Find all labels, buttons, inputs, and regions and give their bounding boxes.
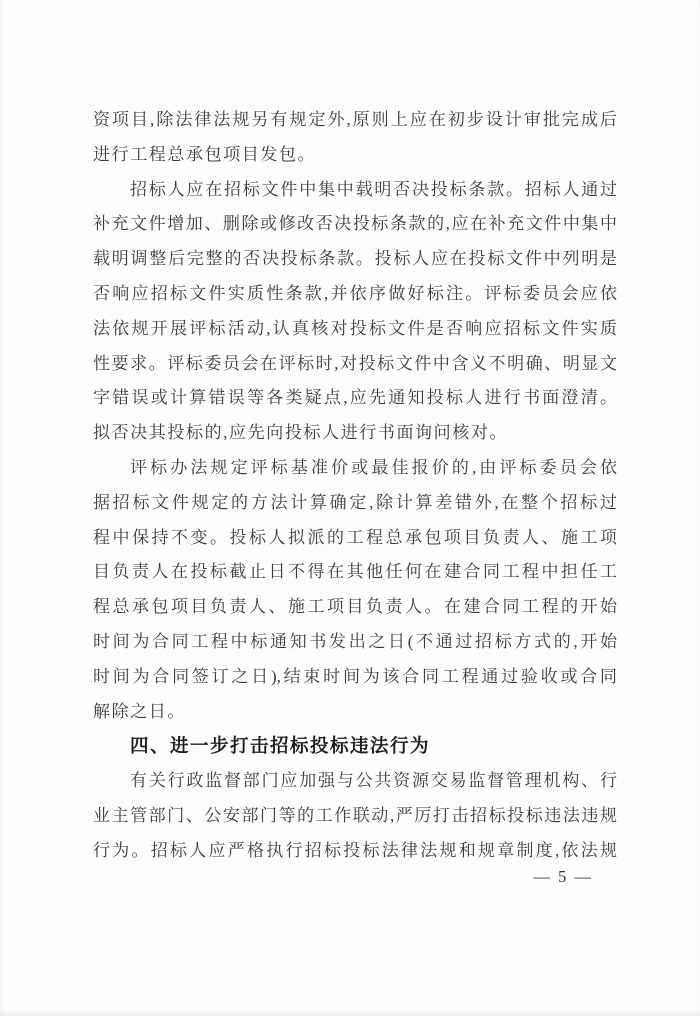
document-line: 法依规开展评标活动,认真核对投标文件是否响应招标文件实质: [93, 312, 617, 347]
document-body: 资项目,除法律法规另有规定外,原则上应在初步设计审批完成后 进行工程总承包项目发…: [93, 103, 617, 869]
document-line: 解除之日。: [93, 695, 617, 730]
document-line: 评标办法规定评标基准价或最佳报价的,由评标委员会依: [93, 451, 617, 486]
paragraph-evaluation-benchmark: 评标办法规定评标基准价或最佳报价的,由评标委员会依 据招标文件规定的方法计算确定…: [93, 451, 617, 729]
document-line: 补充文件增加、删除或修改否决投标条款的,应在补充文件中集中: [93, 207, 617, 242]
page-number: — 5 —: [0, 866, 593, 888]
document-line: 字错误或计算错误等各类疑点,应先通知投标人进行书面澄清。: [93, 381, 617, 416]
document-line: 拟否决其投标的,应先向投标人进行书面询问核对。: [93, 416, 617, 451]
paragraph-project-contracting: 资项目,除法律法规另有规定外,原则上应在初步设计审批完成后 进行工程总承包项目发…: [93, 103, 617, 173]
document-line: 时间为合同签订之日),结束时间为该合同工程通过验收或合同: [93, 660, 617, 695]
document-line: 进行工程总承包项目发包。: [93, 138, 617, 173]
document-line: 有关行政监督部门应加强与公共资源交易监督管理机构、行: [93, 764, 617, 799]
paragraph-crackdown-illegal-bidding: 有关行政监督部门应加强与公共资源交易监督管理机构、行 业主管部门、公安部门等的工…: [93, 764, 617, 868]
document-line: 载明调整后完整的否决投标条款。投标人应在投标文件中列明是: [93, 242, 617, 277]
document-line: 否响应招标文件实质性条款,并依序做好标注。评标委员会应依: [93, 277, 617, 312]
document-line: 据招标文件规定的方法计算确定,除计算差错外,在整个招标过: [93, 486, 617, 521]
document-line: 招标人应在招标文件中集中载明否决投标条款。招标人通过: [93, 173, 617, 208]
document-page: 资项目,除法律法规另有规定外,原则上应在初步设计审批完成后 进行工程总承包项目发…: [0, 0, 700, 1016]
paragraph-bid-rejection-clauses: 招标人应在招标文件中集中载明否决投标条款。招标人通过 补充文件增加、删除或修改否…: [93, 173, 617, 451]
document-line: 时间为合同工程中标通知书发出之日(不通过招标方式的,开始: [93, 625, 617, 660]
document-line: 目负责人在投标截止日不得在其他任何在建合同工程中担任工: [93, 555, 617, 590]
document-line: 程中保持不变。投标人拟派的工程总承包项目负责人、施工项: [93, 521, 617, 556]
document-line: 行为。招标人应严格执行招标投标法律法规和规章制度,依法规: [93, 834, 617, 869]
section-heading-text: 四、进一步打击招标投标违法行为: [93, 729, 617, 764]
document-line: 性要求。评标委员会在评标时,对投标文件中含义不明确、明显文: [93, 347, 617, 382]
document-line: 业主管部门、公安部门等的工作联动,严厉打击招标投标违法违规: [93, 799, 617, 834]
document-line: 程总承包项目负责人、施工项目负责人。在建合同工程的开始: [93, 590, 617, 625]
section-heading-four: 四、进一步打击招标投标违法行为: [93, 729, 617, 764]
document-line: 资项目,除法律法规另有规定外,原则上应在初步设计审批完成后: [93, 103, 617, 138]
